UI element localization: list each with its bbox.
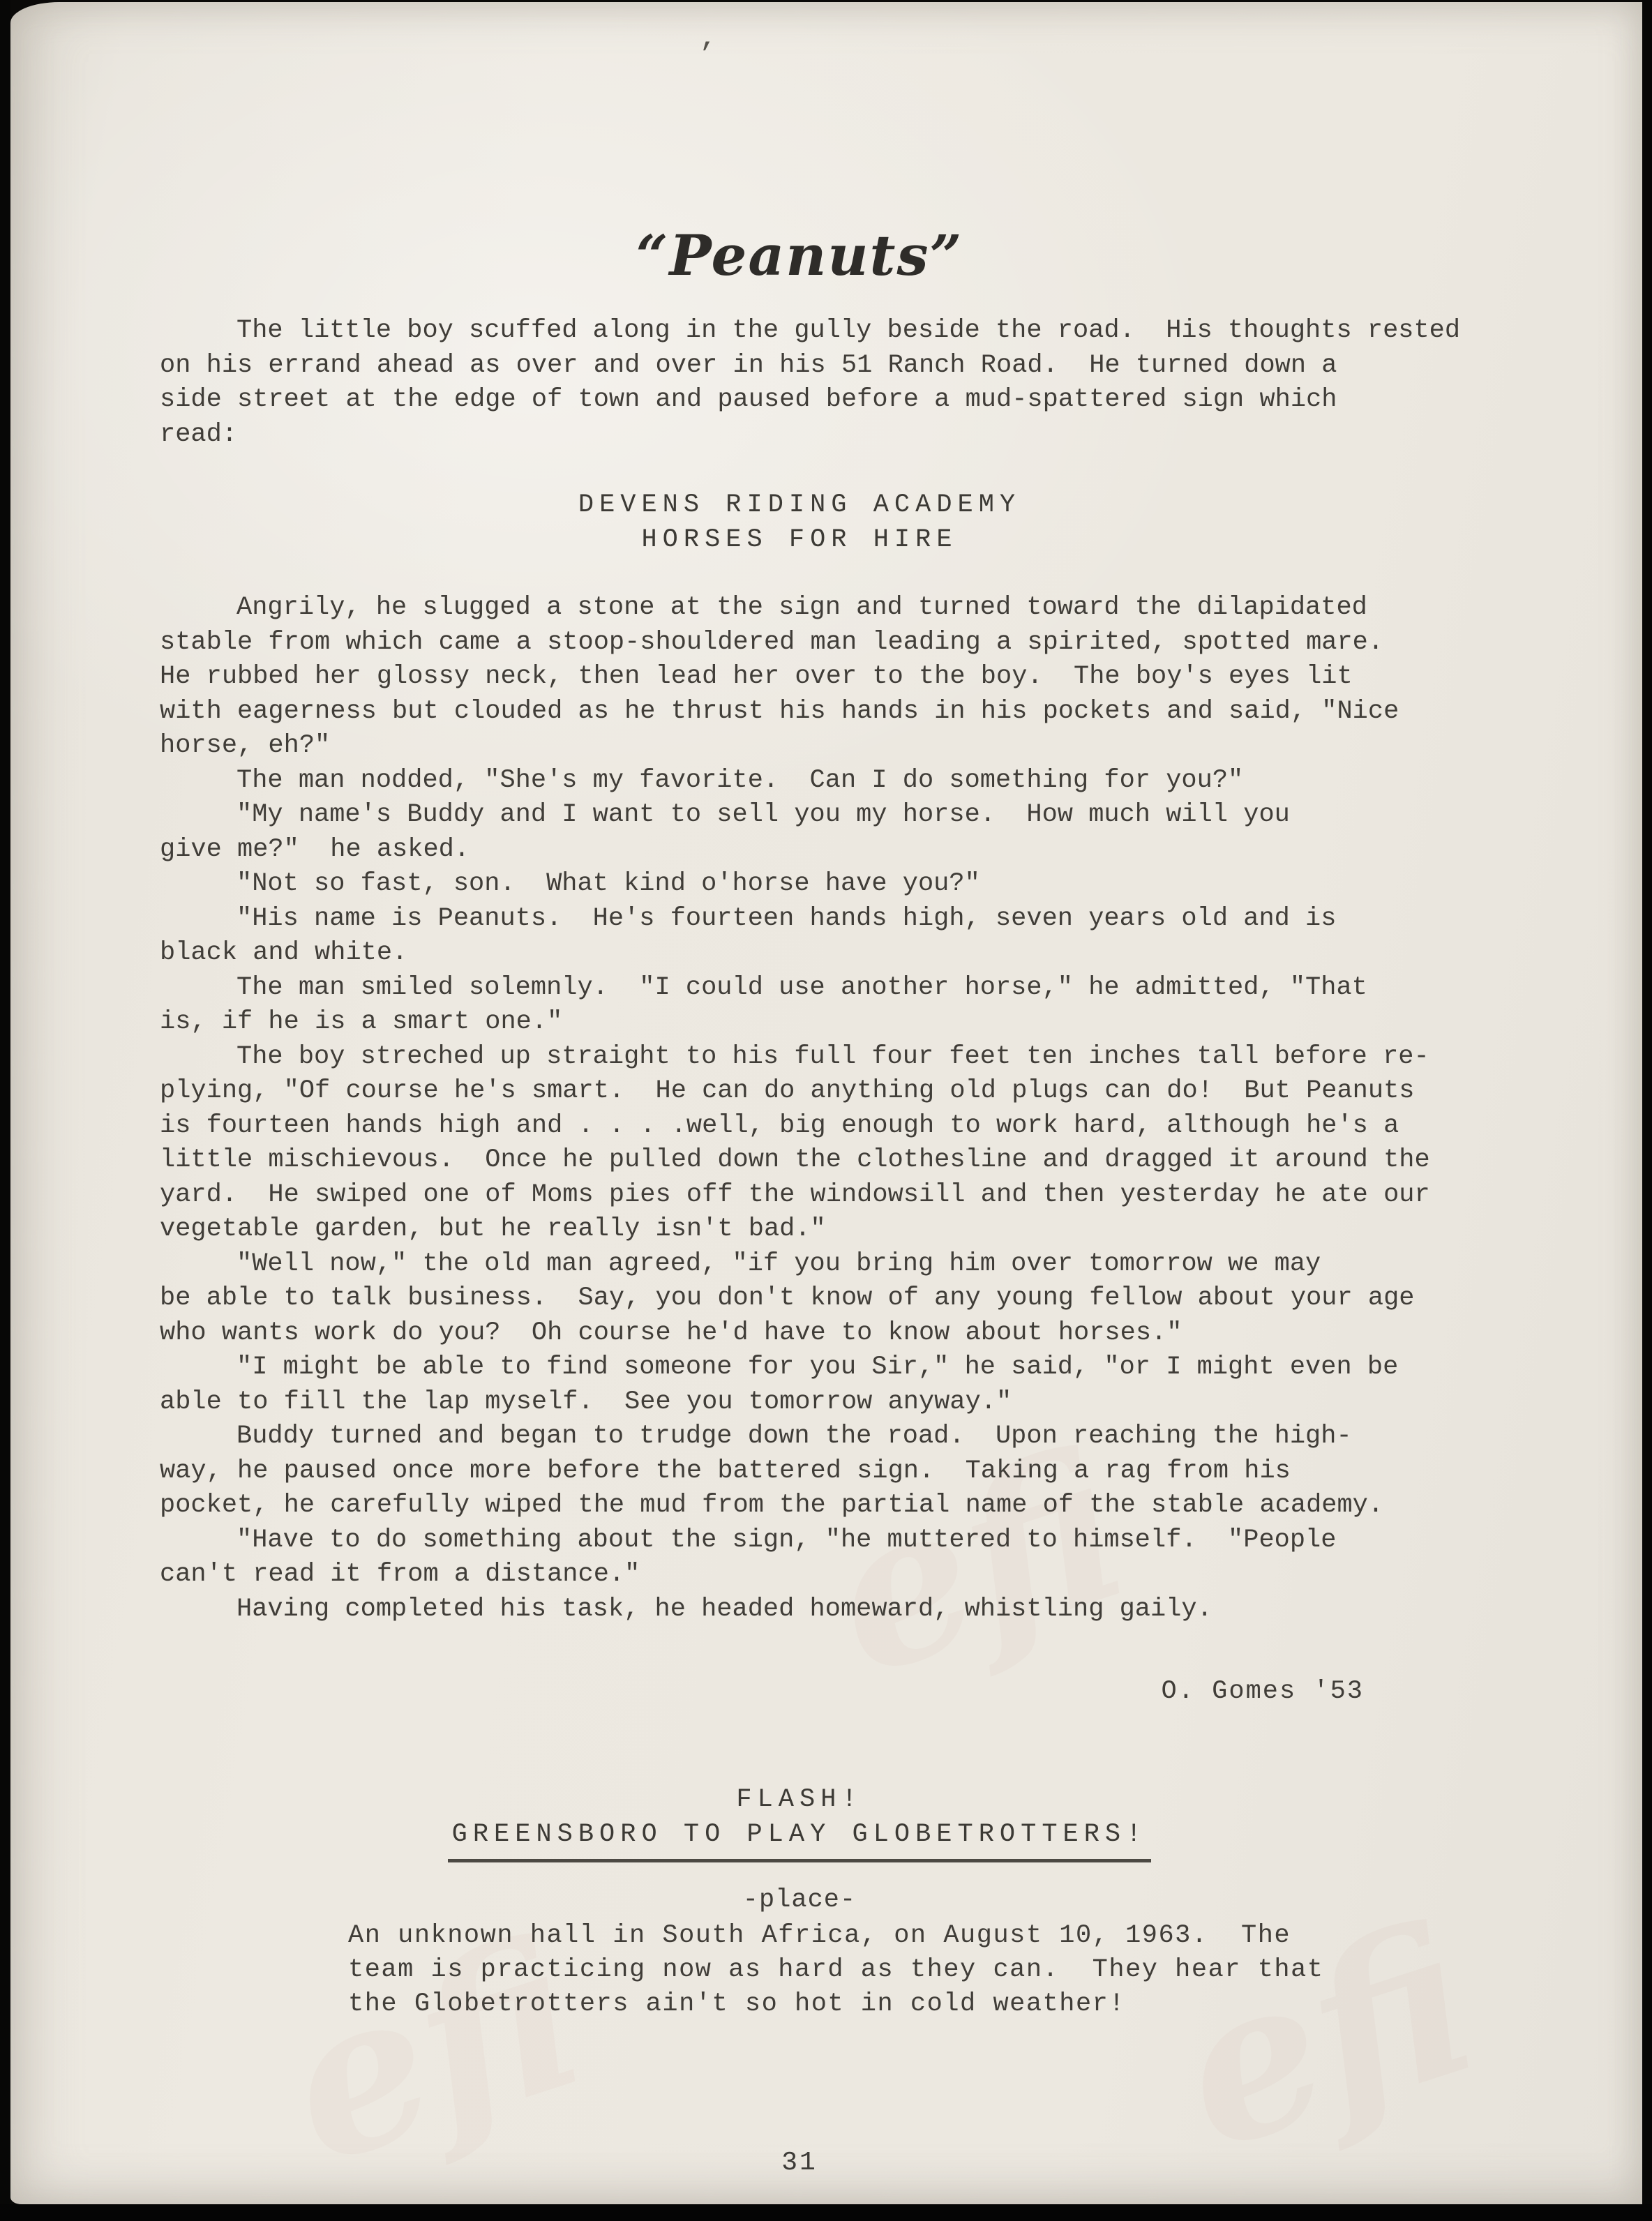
story-paragraph: "My name's Buddy and I want to sell you … xyxy=(160,798,1439,867)
text-line: pocket, he carefully wiped the mud from … xyxy=(160,1489,1439,1523)
text-line: black and white. xyxy=(160,936,1439,971)
text-line: DEVENS RIDING ACADEMY xyxy=(160,488,1439,523)
text-line: is fourteen hands high and . . . .well, … xyxy=(160,1109,1439,1144)
text-line: Having completed his task, he headed hom… xyxy=(160,1593,1439,1627)
text-line: "Not so fast, son. What kind o'horse hav… xyxy=(160,867,1439,902)
text-line: "Have to do something about the sign, "h… xyxy=(160,1523,1439,1558)
text-line: stable from which came a stoop-shouldere… xyxy=(160,626,1439,661)
text-line: give me?" he asked. xyxy=(160,833,1439,868)
story-paragraph: Buddy turned and began to trudge down th… xyxy=(160,1420,1439,1523)
text-line: "I might be able to find someone for you… xyxy=(160,1350,1439,1385)
text-line: "My name's Buddy and I want to sell you … xyxy=(160,798,1439,833)
text-line: Angrily, he slugged a stone at the sign … xyxy=(160,591,1439,626)
scan-edge-left xyxy=(0,0,10,2221)
story-paragraph: Angrily, he slugged a stone at the sign … xyxy=(160,591,1439,764)
text-line: side street at the edge of town and paus… xyxy=(160,383,1439,418)
story-paragraph: The boy streched up straight to his full… xyxy=(160,1040,1439,1247)
text-line: with eagerness but clouded as he thrust … xyxy=(160,695,1439,730)
text-line: The man nodded, "She's my favorite. Can … xyxy=(160,764,1439,799)
scan-edge-right xyxy=(1642,0,1652,2221)
text-line: An unknown hall in South Africa, on Augu… xyxy=(348,1919,1324,1953)
text-line: able to fill the lap myself. See you tom… xyxy=(160,1385,1439,1420)
text-line: He rubbed her glossy neck, then lead her… xyxy=(160,660,1439,695)
story-paragraph: The man nodded, "She's my favorite. Can … xyxy=(160,764,1439,799)
story-paragraph: The man smiled solemnly. "I could use an… xyxy=(160,971,1439,1040)
stray-ink-mark: ’ xyxy=(698,38,715,72)
scan-stage: ’ efi efi efi “Peanuts” The little boy s… xyxy=(0,0,1652,2221)
story-paragraph: "Well now," the old man agreed, "if you … xyxy=(160,1247,1439,1351)
story-paragraph: The little boy scuffed along in the gull… xyxy=(160,314,1439,452)
text-line: who wants work do you? Oh course he'd ha… xyxy=(160,1316,1439,1351)
text-line: team is practicing now as hard as they c… xyxy=(348,1953,1324,1987)
text-line: vegetable garden, but he really isn't ba… xyxy=(160,1212,1439,1247)
page-number: 31 xyxy=(160,2148,1439,2178)
story-paragraph: "His name is Peanuts. He's fourteen hand… xyxy=(160,902,1439,971)
story-paragraph: "I might be able to find someone for you… xyxy=(160,1350,1439,1420)
text-line: the Globetrotters ain't so hot in cold w… xyxy=(348,1987,1324,2022)
text-line: "His name is Peanuts. He's fourteen hand… xyxy=(160,902,1439,937)
text-line: is, if he is a smart one." xyxy=(160,1005,1439,1040)
text-line: The man smiled solemnly. "I could use an… xyxy=(160,971,1439,1006)
story-paragraph: Having completed his task, he headed hom… xyxy=(160,1593,1439,1627)
flash-subheading: GREENSBORO TO PLAY GLOBETROTTERS! xyxy=(448,1818,1152,1863)
text-line: be able to talk business. Say, you don't… xyxy=(160,1281,1439,1316)
story-text: The little boy scuffed along in the gull… xyxy=(160,314,1439,1627)
story-body: Angrily, he slugged a stone at the sign … xyxy=(160,591,1439,1627)
place-label: -place- xyxy=(160,1885,1439,1915)
text-line: HORSES FOR HIRE xyxy=(160,523,1439,558)
text-line: read: xyxy=(160,418,1439,453)
flash-heading-block: FLASH! GREENSBORO TO PLAY GLOBETROTTERS! xyxy=(160,1783,1439,1862)
text-line: on his errand ahead as over and over in … xyxy=(160,349,1439,384)
text-line: can't read it from a distance." xyxy=(160,1558,1439,1593)
story-paragraph: "Have to do something about the sign, "h… xyxy=(160,1523,1439,1593)
text-line: horse, eh?" xyxy=(160,729,1439,764)
story-paragraph: "Not so fast, son. What kind o'horse hav… xyxy=(160,867,1439,902)
text-line: little mischievous. Once he pulled down … xyxy=(160,1143,1439,1178)
scanned-page: ’ efi efi efi “Peanuts” The little boy s… xyxy=(10,2,1642,2204)
page-title: “Peanuts” xyxy=(160,223,1439,288)
story-opening: The little boy scuffed along in the gull… xyxy=(160,314,1439,452)
text-line: Buddy turned and began to trudge down th… xyxy=(160,1420,1439,1454)
flash-paragraph: An unknown hall in South Africa, on Augu… xyxy=(348,1919,1324,2022)
text-line: yard. He swiped one of Moms pies off the… xyxy=(160,1178,1439,1213)
author-attribution: O. Gomes '53 xyxy=(160,1677,1439,1706)
text-line: plying, "Of course he's smart. He can do… xyxy=(160,1074,1439,1109)
text-line: way, he paused once more before the batt… xyxy=(160,1454,1439,1489)
text-line: "Well now," the old man agreed, "if you … xyxy=(160,1247,1439,1282)
flash-heading: FLASH! xyxy=(160,1783,1439,1818)
scan-edge-bottom xyxy=(0,2204,1652,2221)
text-line: The boy streched up straight to his full… xyxy=(160,1040,1439,1075)
sign-block: DEVENS RIDING ACADEMYHORSES FOR HIRE xyxy=(160,488,1439,557)
text-line: The little boy scuffed along in the gull… xyxy=(160,314,1439,349)
